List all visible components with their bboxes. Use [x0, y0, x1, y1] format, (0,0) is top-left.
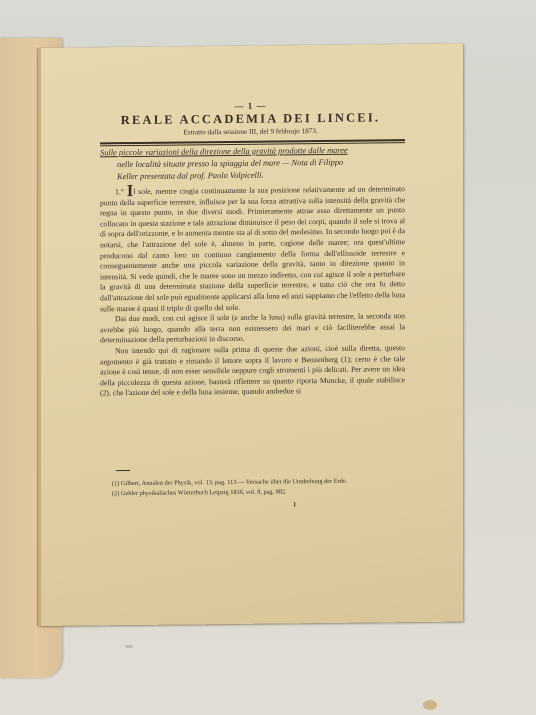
footnote-rule [116, 470, 130, 471]
footnotes: (1) Gilbert, Annalen der Physik, vol. 13… [100, 476, 405, 499]
signature-mark: 1 [293, 501, 296, 508]
paper-fragment [423, 700, 437, 710]
title-line-3: Keller presentata dal prof. Paolo Volpic… [100, 168, 405, 183]
paragraph-1-text: l sole, mentre cingia continuamente la s… [100, 184, 405, 313]
paragraph-2: Dai due modi, con cui agisce il sole (e … [100, 311, 405, 346]
article-title: Sulle piccole variazioni della direzione… [100, 144, 405, 183]
article-body: 1.° Il sole, mentre cingia continuamente… [100, 184, 405, 399]
section-marker: 1.° [115, 187, 124, 196]
floor-speck [125, 645, 133, 648]
paragraph-3: Non intendo qui di ragionare sulla prima… [100, 343, 405, 399]
paragraph-1: 1.° Il sole, mentre cingia continuamente… [100, 184, 405, 314]
document-page: — 1 — REALE ACCADEMIA DEI LINCEI. Estrat… [38, 44, 463, 626]
footnote-2: (2) Gehler physikalisches Wörterbuch Lei… [100, 486, 405, 499]
